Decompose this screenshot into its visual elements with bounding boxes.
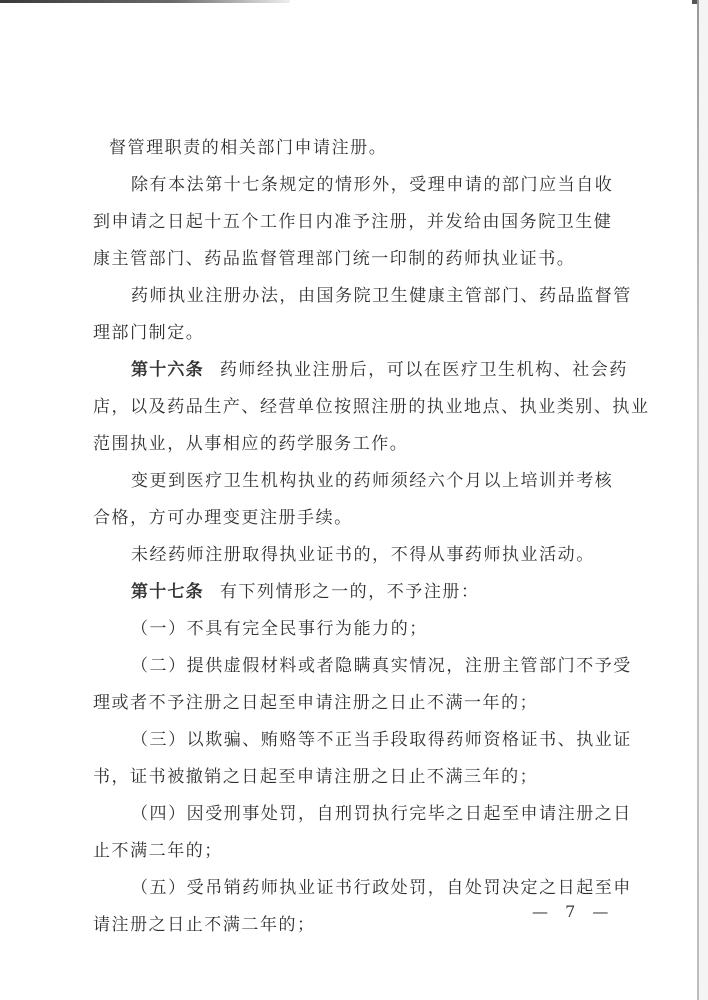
text-line: 理部门制定。 <box>93 315 615 352</box>
text-line: 到申请之日起十五个工作日内准予注册，并发给由国务院卫生健 <box>93 204 615 241</box>
document-body: 督管理职责的相关部门申请注册。 除有本法第十七条规定的情形外，受理申请的部门应当… <box>93 130 615 944</box>
line-text: 合格，方可办理变更注册手续。 <box>93 508 353 528</box>
line-text: 范围执业，从事相应的药学服务工作。 <box>93 434 408 454</box>
line-text: （二）提供虚假材料或者隐瞒真实情况，注册主管部门不予受 <box>131 656 632 676</box>
list-item: （三）以欺骗、贿赂等不正当手段取得药师资格证书、执业证 <box>93 722 615 759</box>
article-17-line: 第十七条有下列情形之一的，不予注册： <box>93 574 615 611</box>
scan-edge-right <box>697 0 699 1000</box>
line-text: 药师执业注册办法，由国务院卫生健康主管部门、药品监督管 <box>131 286 632 306</box>
line-text: 未经药师注册取得执业证书的，不得从事药师执业活动。 <box>131 545 595 565</box>
list-item: （二）提供虚假材料或者隐瞒真实情况，注册主管部门不予受 <box>93 648 615 685</box>
article-label: 第十七条 <box>131 582 204 602</box>
line-text: 理部门制定。 <box>93 323 204 343</box>
text-line: 书，证书被撤销之日起至申请注册之日止不满三年的； <box>93 759 615 796</box>
line-text: 除有本法第十七条规定的情形外，受理申请的部门应当自收 <box>131 175 613 195</box>
line-text: （五）受吊销药师执业证书行政处罚，自处罚决定之日起至申 <box>131 878 632 898</box>
line-text: （四）因受刑事处罚，自刑罚执行完毕之日起至申请注册之日 <box>131 804 632 824</box>
list-item: （一）不具有完全民事行为能力的； <box>93 611 615 648</box>
article-label: 第十六条 <box>131 360 204 380</box>
line-text: 康主管部门、药品监督管理部门统一印制的药师执业证书。 <box>93 249 575 269</box>
line-text: 止不满二年的； <box>93 841 223 861</box>
line-text: 理或者不予注册之日起至申请注册之日止不满一年的； <box>93 693 538 713</box>
line-text: 请注册之日止不满二年的； <box>93 915 316 935</box>
line-text: 有下列情形之一的，不予注册： <box>220 582 480 602</box>
text-line: 合格，方可办理变更注册手续。 <box>93 500 615 537</box>
list-item: （四）因受刑事处罚，自刑罚执行完毕之日起至申请注册之日 <box>93 796 615 833</box>
line-text: （一）不具有完全民事行为能力的； <box>131 619 428 639</box>
page-number: — 7 — <box>532 902 614 921</box>
text-line: 理或者不予注册之日起至申请注册之日止不满一年的； <box>93 685 615 722</box>
line-text: 变更到医疗卫生机构执业的药师须经六个月以上培训并考核 <box>131 471 613 491</box>
text-line: 康主管部门、药品监督管理部门统一印制的药师执业证书。 <box>93 241 615 278</box>
text-line: 店，以及药品生产、经营单位按照注册的执业地点、执业类别、执业 <box>93 389 615 426</box>
line-text: 到申请之日起十五个工作日内准予注册，并发给由国务院卫生健 <box>93 212 612 232</box>
line-text: 药师经执业注册后，可以在医疗卫生机构、社会药 <box>220 360 628 380</box>
text-line: 督管理职责的相关部门申请注册。 <box>93 130 615 167</box>
line-text: 店，以及药品生产、经营单位按照注册的执业地点、执业类别、执业 <box>93 397 650 417</box>
line-text: 书，证书被撤销之日起至申请注册之日止不满三年的； <box>93 767 538 787</box>
text-line: 药师执业注册办法，由国务院卫生健康主管部门、药品监督管 <box>93 278 615 315</box>
text-line: 除有本法第十七条规定的情形外，受理申请的部门应当自收 <box>93 167 615 204</box>
text-line: 范围执业，从事相应的药学服务工作。 <box>93 426 615 463</box>
line-text: （三）以欺骗、贿赂等不正当手段取得药师资格证书、执业证 <box>131 730 632 750</box>
line-text: 督管理职责的相关部门申请注册。 <box>109 138 387 158</box>
article-16-line: 第十六条药师经执业注册后，可以在医疗卫生机构、社会药 <box>93 352 615 389</box>
scan-margin-right <box>699 0 708 1000</box>
scan-edge-top <box>0 0 290 3</box>
text-line: 变更到医疗卫生机构执业的药师须经六个月以上培训并考核 <box>93 463 615 500</box>
text-line: 止不满二年的； <box>93 833 615 870</box>
text-line: 未经药师注册取得执业证书的，不得从事药师执业活动。 <box>93 537 615 574</box>
